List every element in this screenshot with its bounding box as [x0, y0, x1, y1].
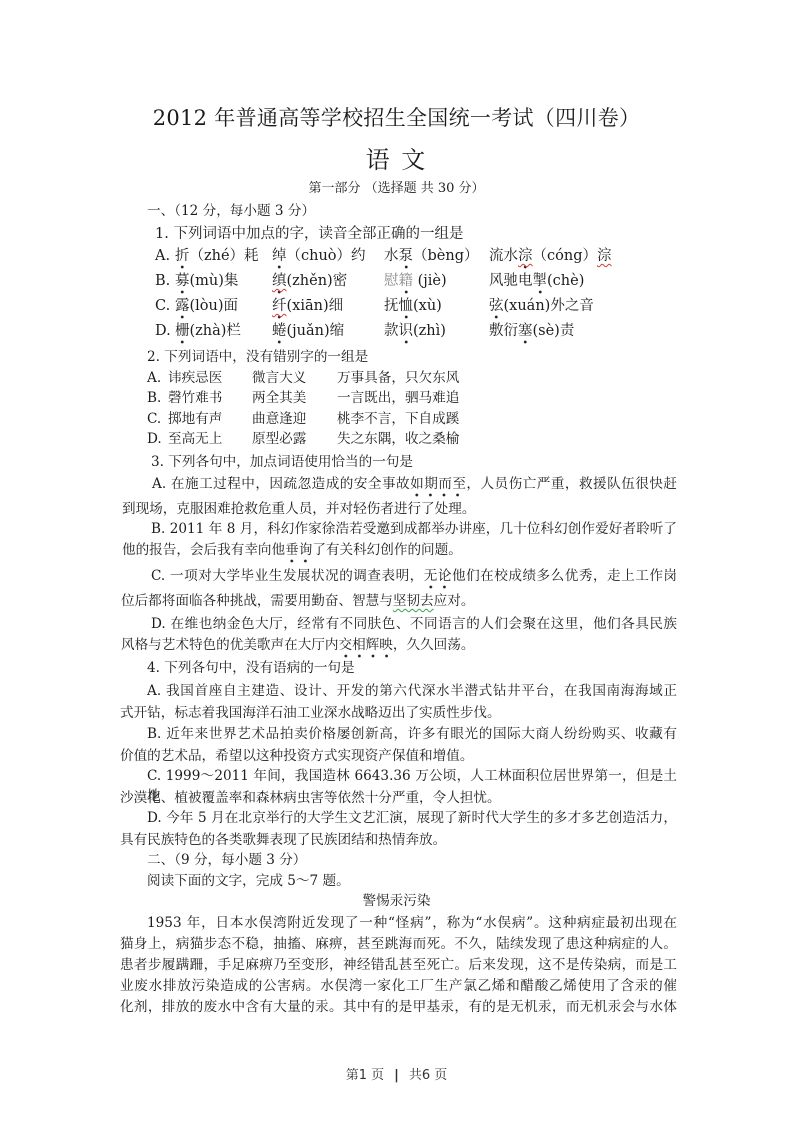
- passage-line: 化剂，排放的废水中含有大量的汞。其中有的是甲基汞，有的是无机汞，而无机汞会与水体: [120, 997, 677, 1017]
- idiom: 一言既出，驷马难追: [337, 388, 459, 408]
- idiom: 讳疾忌医: [168, 368, 222, 388]
- emphasized-char: 折: [175, 248, 190, 270]
- question-1-option-d: D. 栅(zhà)栏 蜷(juǎn)缩 款识(zhì) 敷衍塞(sè)责: [155, 321, 695, 341]
- emphasized-char: 栅: [175, 323, 190, 345]
- question-3-option-b-line-2: 他的报告，会后我有幸向他垂询了有关科幻创作的问题。: [122, 540, 462, 560]
- option-label: C.: [155, 296, 170, 316]
- idiom: 微言大义: [252, 368, 306, 388]
- idiom: 曲意逢迎: [252, 409, 306, 429]
- passage-title: 警惕汞污染: [0, 891, 793, 911]
- option-label: A.: [147, 368, 161, 388]
- emphasized-char: 弦: [489, 298, 504, 320]
- passage-line: 患者步履蹒跚，手足麻痹乃至变形，神经错乱甚至死亡。后来发现，这不是传染病，而是工: [120, 955, 677, 975]
- idiom: 磬竹难书: [168, 388, 222, 408]
- question-4-option-d-line-1: D. 今年 5 月在北京举行的大学生文艺汇演，展现了新时代大学生的多才多艺创造活…: [147, 808, 677, 828]
- emphasized-char: 纤: [272, 298, 287, 320]
- question-2-option-a: A. 讳疾忌医 微言大义 万事具备，只欠东风: [147, 368, 547, 388]
- idiom: 桃李不言，下自成蹊: [337, 409, 459, 429]
- question-4-option-c-line-2: 沙漠化、植被覆盖率和森林病虫害等依然十分严重，令人担忧。: [120, 788, 501, 808]
- question-3-option-d-line-1: D. 在维也纳金色大厅，经常有不同肤色、不同语言的人们会聚在这里，他们各具民族: [151, 614, 677, 634]
- question-4-option-c-line-1: C. 1999～2011 年间，我国造林 6643.36 万公顷，人工林面积位居…: [147, 766, 677, 786]
- emphasized-char: 掣: [533, 273, 548, 295]
- word-item: 款识(zhì): [384, 321, 446, 341]
- word-item: 流水淙（cóng）淙: [489, 246, 611, 266]
- passage-line: 1953 年，日本水俣湾附近发现了一种“怪病”，称为“水俣病”。这种病症最初出现…: [147, 913, 677, 933]
- word-item: 募(mù)集: [175, 271, 238, 291]
- emphasized-phrase: 无论: [424, 568, 452, 590]
- question-3-option-d-line-2: 风格与艺术特色的优美歌声在大厅内交相辉映，久久回荡。: [121, 635, 474, 655]
- word-item: 露(lòu)面: [175, 296, 238, 316]
- emphasized-char: 籍: [399, 273, 414, 295]
- question-2-option-b: B. 磬竹难书 两全其美 一言既出，驷马难追: [147, 388, 547, 408]
- question-3-option-a-line-2: 到现场，克服困难抢救危重人员，并对轻伤者进行了处理。: [122, 499, 475, 519]
- emphasized-char: 缜: [272, 273, 287, 295]
- exam-title: 2012 年普通高等学校招生全国统一考试（四川卷）: [0, 104, 793, 132]
- question-1-option-b: B. 募(mù)集 缜(zhěn)密 慰籍 (jiè) 风驰电掣(chè): [155, 271, 695, 291]
- word-item: 栅(zhà)栏: [175, 321, 241, 341]
- option-label: D.: [147, 429, 162, 449]
- question-1-stem: 1. 下列词语中加点的字，读音全部正确的一组是: [155, 224, 463, 244]
- idiom: 掷地有声: [168, 409, 222, 429]
- question-3-option-c-line-2: 位后都将面临各种挑战，需要用勤奋、智慧与坚韧去应对。: [121, 591, 474, 611]
- option-label: B.: [147, 388, 161, 408]
- word-item: 敷衍塞(sè)责: [489, 321, 574, 341]
- question-3-option-a-line-1: A. 在施工过程中，因疏忽造成的安全事故如期而至，人员伤亡严重，救援队伍很快赶: [152, 474, 677, 494]
- idiom: 至高无上: [168, 429, 222, 449]
- emphasized-char: 募: [175, 273, 190, 295]
- question-3-option-b-line-1: B. 2011 年 8 月，科幻作家徐浩若受邀到成都举办讲座，几十位科幻创作爱好…: [151, 519, 677, 539]
- word-item: 绰（chuò）约: [272, 246, 366, 266]
- current-page: 第1 页: [346, 1068, 384, 1083]
- word-item: 缜(zhěn)密: [272, 271, 347, 291]
- word-item: 纤(xiān)细: [272, 296, 343, 316]
- emphasized-char: 露: [175, 298, 190, 320]
- question-3-option-c-line-1: C. 一项对大学毕业生发展状况的调查表明，无论他们在校成绩多么优秀，走上工作岗: [151, 566, 677, 586]
- word-item: 折（zhé）耗: [175, 246, 259, 266]
- question-2-option-d: D. 至高无上 原型必露 失之东隅，收之桑榆: [147, 429, 547, 449]
- emphasized-phrase: 如期而至: [410, 476, 466, 498]
- emphasized-char: 恤: [399, 298, 414, 320]
- emphasized-char: 塞: [518, 323, 533, 345]
- idiom: 两全其美: [252, 388, 306, 408]
- idiom: 万事具备，只欠东风: [337, 368, 459, 388]
- question-1-option-c: C. 露(lòu)面 纤(xiān)细 抚恤(xù) 弦(xuán)外之音: [155, 296, 695, 316]
- section-heading-2: 二、（9 分，每小题 3 分）: [147, 850, 306, 870]
- emphasized-char: 蜷: [272, 323, 287, 345]
- emphasized-char: 淙: [518, 248, 533, 270]
- question-4-option-b-line-1: B. 近年来世界艺术品拍卖价格屡创新高，许多有眼光的国际大商人纷纷购买、收藏有: [147, 724, 677, 744]
- option-label: B.: [155, 271, 170, 291]
- subject-title: 语 文: [0, 145, 793, 175]
- passage-line: 业废水排放污染造成的公害病。水俣湾一家化工厂生产氯乙烯和醋酸乙烯使用了含汞的催: [120, 976, 677, 996]
- reading-instruction: 阅读下面的文字，完成 5～7 题。: [147, 871, 350, 891]
- option-label: C.: [147, 409, 161, 429]
- question-4-option-a-line-2: 式开钻，标志着我国海洋石油工业深水战略迈出了实质性步伐。: [120, 703, 501, 723]
- section-heading-1: 一、（12 分，每小题 3 分）: [147, 201, 315, 221]
- question-3-stem: 3. 下列各句中，加点词语使用恰当的一句是: [151, 452, 413, 472]
- word-item: 蜷(juǎn)缩: [272, 321, 344, 341]
- word-item: 弦(xuán)外之音: [489, 296, 594, 316]
- question-4-option-d-line-2: 具有民族特色的各类歌舞表现了民族团结和热情奔放。: [120, 830, 446, 850]
- emphasized-char: 识: [399, 323, 414, 345]
- page-footer: 第1 页|共6 页: [0, 1066, 793, 1086]
- question-1-option-a: A. 折（zhé）耗 绰（chuò）约 水泵（bèng） 流水淙（cóng）淙: [155, 246, 695, 266]
- part-heading: 第一部分 （选择题 共 30 分）: [0, 179, 793, 199]
- question-4-stem: 4. 下列各句中，没有语病的一句是: [147, 658, 355, 678]
- word-item: 抚恤(xù): [384, 296, 442, 316]
- question-4-option-a-line-1: A. 我国首座自主建造、设计、开发的第六代深水半潜式钻井平台，在我国南海海域正: [147, 681, 677, 701]
- word-item: 风驰电掣(chè): [489, 271, 584, 291]
- spellcheck-underline: 坚韧去: [393, 593, 434, 609]
- question-2-option-c: C. 掷地有声 曲意逢迎 桃李不言，下自成蹊: [147, 409, 547, 429]
- idiom: 原型必露: [252, 429, 306, 449]
- emphasized-phrase: 交相辉映: [339, 637, 393, 659]
- option-label: D.: [155, 321, 171, 341]
- passage-line: 猫身上，病猫步态不稳，抽搐、麻痹，甚至跳海而死。不久，陆续发现了患这种病症的人。: [120, 934, 677, 954]
- option-label: A.: [155, 246, 170, 266]
- word-item: 慰籍 (jiè): [384, 271, 447, 291]
- idiom: 失之东隅，收之桑榆: [337, 429, 459, 449]
- emphasized-char: 泵: [399, 248, 414, 270]
- total-pages: 共6 页: [409, 1068, 447, 1083]
- word-item: 水泵（bèng）: [384, 246, 478, 266]
- footer-separator: |: [394, 1068, 399, 1083]
- question-2-stem: 2. 下列词语中，没有错别字的一组是: [147, 347, 368, 367]
- emphasized-phrase: 垂询: [285, 542, 312, 564]
- question-4-option-b-line-2: 价值的艺术品，希望以这种投资方式实现资产保值和增值。: [120, 746, 473, 766]
- emphasized-char: 绰: [272, 248, 287, 270]
